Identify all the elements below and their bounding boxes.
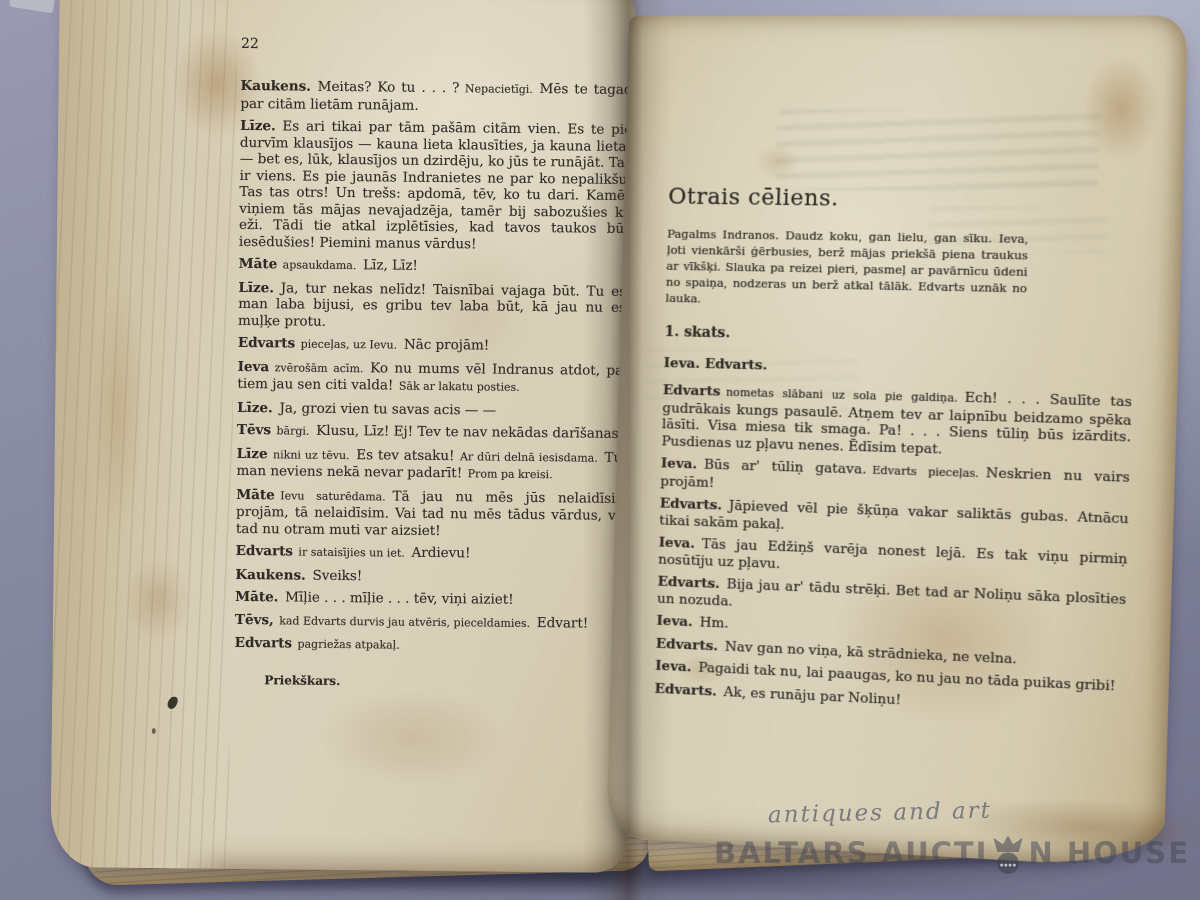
dialogue-entry: Līze nikni uz tēvu. Es tev atsaku! Ar dū… — [236, 445, 628, 484]
speaker-name: Ieva. — [655, 658, 692, 676]
right-page-text: Otrais cēliens. Pagalms Indranos. Daudz … — [654, 184, 1138, 725]
speaker-name: Ieva. — [658, 534, 695, 551]
dialogue-text: Klusu, Līz! Ej! Tev te nav nekādas darīš… — [309, 423, 624, 442]
ink-blot — [152, 728, 156, 734]
stage-direction: apsaukdama. — [277, 258, 356, 272]
dialogue-text: Jāpieved vēl pie šķūņa vakar saliktās gu… — [659, 497, 1129, 532]
stage-direction: pieceļas, uz Ievu. — [295, 337, 397, 351]
dialogue-entry: Edvarts pieceļas, uz Ievu. Nāc projām! — [238, 335, 630, 357]
scene-setting: Pagalms Indranos. Daudz koku, gan lielu,… — [665, 226, 1028, 313]
stage-direction: Sāk ar lakatu posties. — [393, 380, 519, 394]
dialogue-entry: Edvarts nometas slābani uz sola pie gald… — [661, 382, 1132, 463]
act-title: Otrais cēliens. — [668, 184, 1138, 215]
stage-direction: zvērošām acīm. — [269, 361, 363, 375]
left-page-text: 22 Kaukens. Meitas? Ko tu . . . ? Nepaci… — [234, 36, 633, 691]
dialogue-entry: Ieva zvērošām acīm. Ko nu mums vēl Indra… — [237, 358, 629, 397]
dialogue-text: Ja, grozi vien tu savas acis — — — [273, 400, 497, 418]
showthrough-text — [775, 109, 1099, 194]
speaker-name: Ieva. — [661, 455, 698, 472]
page-number: 22 — [241, 36, 633, 56]
speaker-name: Kaukens. — [240, 78, 311, 95]
dialogue-entry: Kaukens. Sveiks! — [235, 566, 627, 587]
dialogue-text: Būs ar' tūliņ gatava. — [697, 456, 867, 477]
dialogue-entry: Edvarts pagriežas atpakaļ. — [235, 635, 627, 657]
speaker-name: Edvarts — [235, 635, 292, 652]
dialogue-entry: Māte apsaukdama. Līz, Līz! — [239, 256, 631, 278]
speaker-name: Edvarts — [238, 335, 295, 352]
speaker-name: Tēvs, — [235, 611, 274, 627]
paper-stain — [291, 671, 532, 804]
dialogue-entry: Edvarts ir sataisījies un iet. Ardievu! — [236, 543, 628, 565]
speaker-name: Edvarts — [236, 543, 293, 560]
dialogue-entry: Māte Ievu saturēdama. Tā jau nu mēs jūs … — [236, 486, 629, 541]
dialogue-text: Edvart! — [530, 614, 588, 631]
left-page: 22 Kaukens. Meitas? Ko tu . . . ? Nepaci… — [50, 0, 635, 873]
dialogue-entry: Māte. Mīļie . . . mīļie . . . tēv, viņi … — [235, 589, 627, 610]
dialogue-text: Nāc projām! — [397, 337, 489, 354]
speaker-name: Līze. — [237, 399, 273, 415]
paper-stain — [1066, 36, 1177, 182]
speaker-name: Māte. — [235, 589, 278, 605]
dialogue-text: Mīļie . . . mīļie . . . tēv, viņi aiziet… — [278, 589, 513, 607]
page-fore-edge — [50, 0, 237, 869]
dialogue-entry: Līze. Ja, grozi vien tu savas acis — — — [237, 399, 629, 420]
dialogue-entry: Tēvs bārgi. Klusu, Līz! Ej! Tev te nav n… — [237, 422, 629, 444]
right-dialogue: Edvarts nometas slābani uz sola pie gald… — [654, 382, 1132, 719]
speaker-name: Edvarts. — [656, 635, 719, 654]
dialogue-text: Es tev atsaku! — [350, 447, 455, 464]
speaker-name: Edvarts. — [660, 495, 723, 513]
dialogue-entry: Līze. Es ari tikai par tām pašām citām v… — [239, 118, 632, 254]
curtain-word: Priekškars. — [264, 673, 626, 691]
dialogue-text: Ak, es runāju par Noliņu! — [717, 683, 902, 708]
speaker-name: Ieva. — [656, 613, 693, 631]
stage-direction: Ievu saturēdama. — [275, 489, 386, 503]
right-page: Otrais cēliens. Pagalms Indranos. Daudz … — [607, 15, 1189, 869]
dialogue-entry: Līze. Ja, tur nekas nelīdz! Taisnībai va… — [238, 279, 630, 333]
dialogue-entry: Tēvs, kad Edvarts durvis jau atvēris, pi… — [235, 611, 627, 633]
stage-direction: ir sataisījies un iet. — [293, 545, 405, 559]
speaker-name: Edvarts. — [654, 680, 717, 699]
dialogue-text: Meitas? Ko tu . . . ? — [311, 79, 460, 97]
speaker-name: Edvarts — [663, 382, 721, 400]
dialogue-text: Hm. — [693, 614, 729, 632]
book-photo: 22 Kaukens. Meitas? Ko tu . . . ? Nepaci… — [0, 0, 1200, 900]
stage-direction: bārgi. — [271, 424, 310, 437]
stage-direction: Edvarts pieceļas. — [866, 464, 979, 481]
stage-direction: Ar dūri delnā iesisdama. — [454, 450, 597, 464]
stage-direction: nikni uz tēvu. — [268, 448, 350, 462]
speaker-name: Ieva — [238, 358, 270, 374]
speaker-name: Tēvs — [237, 422, 271, 438]
paper-stain — [745, 137, 807, 188]
dialogue-text: Ja, tur nekas nelīdz! Taisnībai vajaga b… — [238, 280, 630, 330]
speaker-name: Māte — [239, 256, 278, 272]
speaker-name: Līze — [237, 445, 268, 461]
speaker-name: Māte — [236, 486, 275, 502]
stage-direction: kad Edvarts durvis jau atvēris, piecelda… — [274, 614, 530, 630]
speaker-name: Līze. — [238, 279, 274, 295]
speaker-name: Edvarts. — [657, 574, 720, 592]
dialogue-text: Ardievu! — [405, 545, 471, 562]
table-debris — [9, 0, 55, 13]
cast-line: Ieva. Edvarts. — [663, 355, 1133, 382]
stage-direction: pagriežas atpakaļ. — [292, 637, 400, 651]
scene-heading: 1. skats. — [664, 324, 1134, 350]
speaker-name: Līze. — [240, 118, 276, 134]
stage-direction: Nepacietīgi. — [459, 82, 533, 96]
dialogue-text: Līz, Līz! — [356, 257, 418, 274]
stage-direction: Prom pa kreisi. — [462, 467, 553, 481]
speaker-name: Kaukens. — [235, 566, 306, 583]
dialogue-text: Es ari tikai par tām pašām citām vien. E… — [239, 118, 632, 252]
dialogue-entry: Kaukens. Meitas? Ko tu . . . ? Nepacietī… — [240, 78, 632, 116]
left-dialogue: Kaukens. Meitas? Ko tu . . . ? Nepacietī… — [235, 78, 633, 657]
dialogue-text: Sveiks! — [306, 567, 363, 584]
